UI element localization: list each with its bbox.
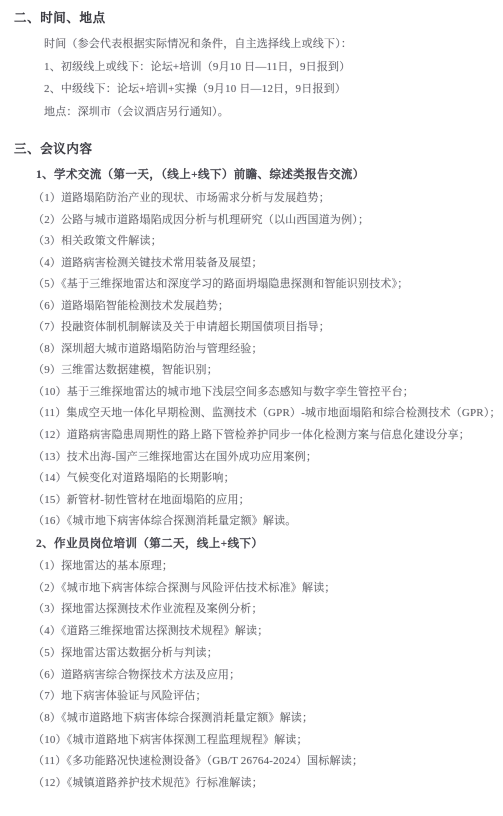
time-option-1: 1、初级线上或线下：论坛+培训（9月10 日—11日，9日报到） <box>44 56 352 79</box>
agenda-item: （3）相关政策文件解读； <box>33 231 501 253</box>
training-item: （11）《多功能路况快速检测设备》（GB/T 26764-2024）国标解读； <box>33 751 363 773</box>
agenda-item: （7）投融资体制机制解读及关于申请超长期国债项目指导； <box>33 317 501 339</box>
training-item: （5）探地雷达雷达数据分析与判读； <box>33 643 363 665</box>
section-heading-time-place: 二、时间、地点 <box>14 8 106 26</box>
training-item: （10）《城市道路地下病害体探测工程监理规程》解读； <box>33 730 363 752</box>
time-place-block: 时间（参会代表根据实际情况和条件，自主选择线上或线下）： 1、初级线上或线下：论… <box>44 33 352 123</box>
agenda-item: （2）公路与城市道路塌陷成因分析与机理研究（以山西国道为例）； <box>33 210 501 232</box>
agenda-item: （15）新管材-韧性管材在地面塌陷的应用； <box>33 490 501 512</box>
agenda-item: （14）气候变化对道路塌陷的长期影响； <box>33 468 501 490</box>
agenda-item: （8）深圳超大城市道路塌陷防治与管理经验； <box>33 339 501 361</box>
agenda-item: （12）道路病害隐患周期性的路上路下管检养护同步一体化检测方案与信息化建设分享； <box>33 425 501 447</box>
time-line: 时间（参会代表根据实际情况和条件，自主选择线上或线下）： <box>44 33 352 56</box>
agenda-item: （11）集成空天地一体化早期检测、监测技术（GPR）-城市地面塌陷和综合检测技术… <box>33 403 501 425</box>
agenda-item: （5）《基于三维探地雷达和深度学习的路面坍塌隐患探测和智能识别技术》； <box>33 274 501 296</box>
training-item: （12）《城镇道路养护技术规范》行标准解读； <box>33 773 363 795</box>
academic-exchange-items: （1）道路塌陷防治产业的现状、市场需求分析与发展趋势； （2）公路与城市道路塌陷… <box>33 188 501 533</box>
agenda-item: （9）三维雷达数据建模，智能识别； <box>33 360 501 382</box>
training-item: （1）探地雷达的基本原理； <box>33 556 363 578</box>
training-item: （2）《城市地下病害体综合探测与风险评估技术标准》解读； <box>33 578 363 600</box>
agenda-item: （13）技术出海-国产三维探地雷达在国外成功应用案例； <box>33 447 501 469</box>
place-line: 地点：深圳市（会议酒店另行通知）。 <box>44 101 352 124</box>
training-item: （3）探地雷达探测技术作业流程及案例分析； <box>33 599 363 621</box>
training-item: （7）地下病害体验证与风险评估； <box>33 686 363 708</box>
subsection-heading-academic-exchange: 1、学术交流（第一天，（线上+线下）前瞻、综述类报告交流） <box>36 166 365 182</box>
time-option-2: 2、中级线下：论坛+培训+实操（9月10 日—12日，9日报到） <box>44 78 352 101</box>
training-item: （6）道路病害综合物探技术方法及应用； <box>33 665 363 687</box>
agenda-item: （1）道路塌陷防治产业的现状、市场需求分析与发展趋势； <box>33 188 501 210</box>
training-item: （4）《道路三维探地雷达探测技术规程》解读； <box>33 621 363 643</box>
section-heading-content: 三、会议内容 <box>14 139 93 157</box>
subsection-heading-operator-training: 2、作业员岗位培训（第二天，线上+线下） <box>36 535 263 551</box>
training-item: （8）《城市道路地下病害体综合探测消耗量定额》解读； <box>33 708 363 730</box>
operator-training-items: （1）探地雷达的基本原理； （2）《城市地下病害体综合探测与风险评估技术标准》解… <box>33 556 363 795</box>
agenda-item: （16）《城市地下病害体综合探测消耗量定额》解读。 <box>33 511 501 533</box>
agenda-item: （10）基于三维探地雷达的城市地下浅层空间多态感知与数字孪生管控平台； <box>33 382 501 404</box>
agenda-item: （6）道路塌陷智能检测技术发展趋势； <box>33 296 501 318</box>
document-page: 二、时间、地点 时间（参会代表根据实际情况和条件，自主选择线上或线下）： 1、初… <box>0 0 503 816</box>
agenda-item: （4）道路病害检测关键技术常用装备及展望； <box>33 253 501 275</box>
